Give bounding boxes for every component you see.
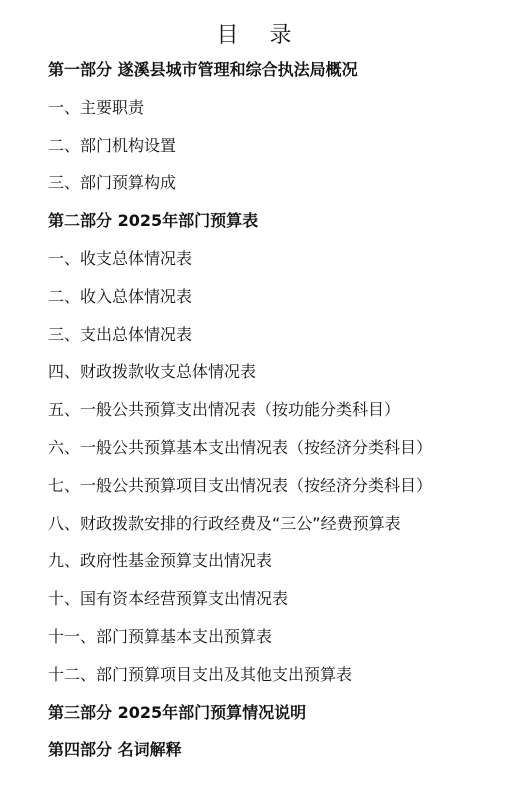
- toc-item[interactable]: 四、财政拨款收支总体情况表: [48, 360, 432, 398]
- toc-item[interactable]: 一、主要职责: [48, 96, 432, 134]
- toc-item[interactable]: 二、收入总体情况表: [48, 285, 432, 323]
- toc-part-1[interactable]: 第一部分 遂溪县城市管理和综合执法局概况: [48, 58, 432, 96]
- toc-item[interactable]: 九、政府性基金预算支出情况表: [48, 549, 432, 587]
- toc-part-3[interactable]: 第三部分 2025年部门预算情况说明: [48, 701, 432, 739]
- toc-item[interactable]: 七、一般公共预算项目支出情况表（按经济分类科目）: [48, 474, 432, 512]
- toc-item[interactable]: 八、财政拨款安排的行政经费及“三公”经费预算表: [48, 512, 432, 550]
- toc-item[interactable]: 二、部门机构设置: [48, 134, 432, 172]
- toc-item[interactable]: 十一、部门预算基本支出预算表: [48, 625, 432, 663]
- toc-part-2[interactable]: 第二部分 2025年部门预算表: [48, 209, 432, 247]
- toc-item[interactable]: 五、一般公共预算支出情况表（按功能分类科目）: [48, 398, 432, 436]
- toc-item[interactable]: 一、收支总体情况表: [48, 247, 432, 285]
- toc-part-4[interactable]: 第四部分 名词解释: [48, 738, 432, 776]
- table-of-contents: 第一部分 遂溪县城市管理和综合执法局概况 一、主要职责 二、部门机构设置 三、部…: [48, 58, 432, 776]
- page-title: 目 录: [0, 21, 508, 51]
- toc-item[interactable]: 十二、部门预算项目支出及其他支出预算表: [48, 663, 432, 701]
- toc-item[interactable]: 三、部门预算构成: [48, 171, 432, 209]
- toc-item[interactable]: 六、一般公共预算基本支出情况表（按经济分类科目）: [48, 436, 432, 474]
- toc-item[interactable]: 三、支出总体情况表: [48, 323, 432, 361]
- toc-item[interactable]: 十、国有资本经营预算支出情况表: [48, 587, 432, 625]
